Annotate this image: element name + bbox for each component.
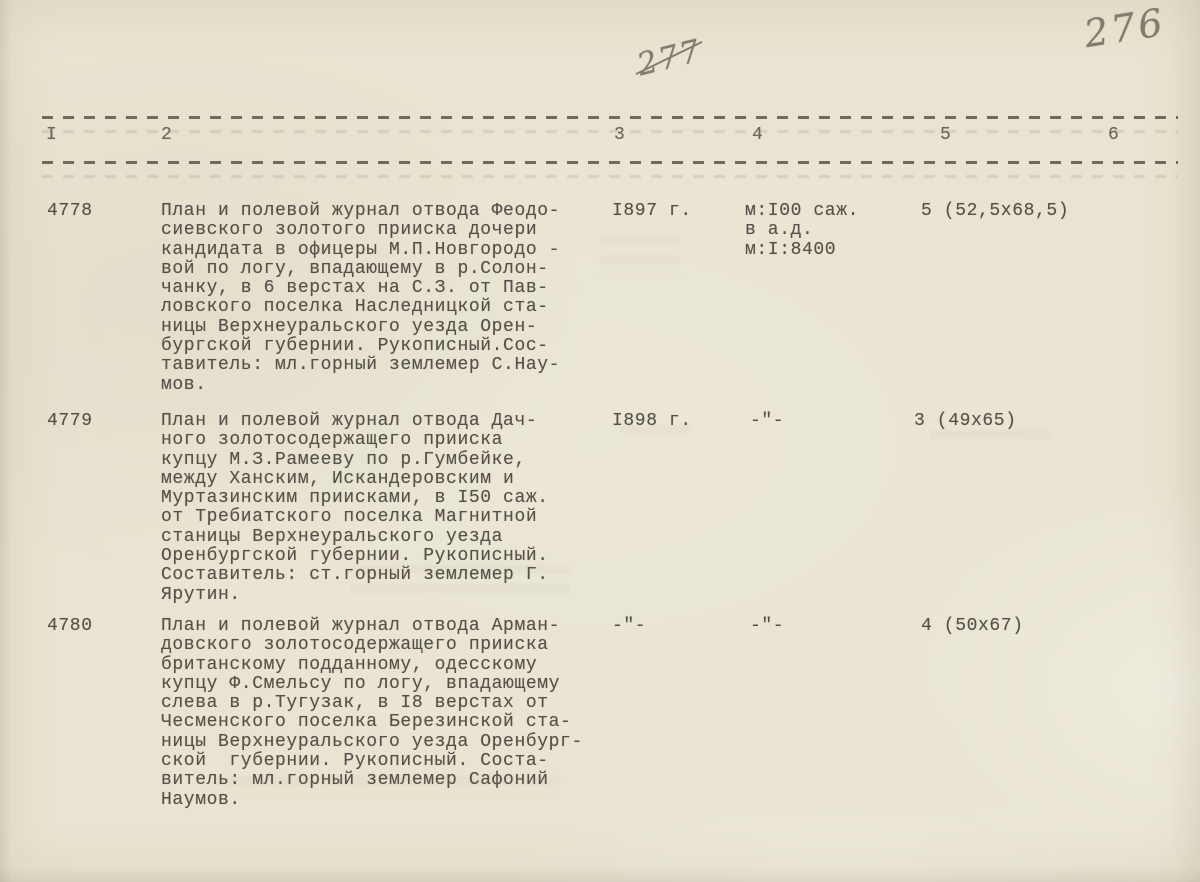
column-header-3: 3 xyxy=(614,126,625,145)
entry-scale: -"- xyxy=(750,617,784,636)
column-header-2: 2 xyxy=(161,126,172,145)
bleed-through-smudge xyxy=(620,425,690,443)
table-header-bottom-rule xyxy=(42,161,1178,164)
column-header-5: 5 xyxy=(940,126,951,145)
entry-number: 4780 xyxy=(47,617,93,636)
entry-year: I897 г. xyxy=(612,202,692,221)
bleed-through-smudge xyxy=(930,430,1050,448)
bleed-through-smudge xyxy=(215,776,560,796)
entry-year: -"- xyxy=(612,617,646,636)
entry-number: 4778 xyxy=(47,202,93,221)
entry-description: План и полевой журнал отвода Феодо- сиев… xyxy=(161,202,560,395)
entry-sheet-size: 4 (50x67) xyxy=(921,617,1024,636)
entry-number: 4779 xyxy=(47,412,93,431)
entry-sheet-size: 5 (52,5x68,5) xyxy=(921,202,1069,221)
column-header-1: I xyxy=(46,126,57,145)
entry-scale: -"- xyxy=(750,412,784,431)
bleed-through-smudge xyxy=(350,565,570,603)
entry-sheet-size: 3 (49x65) xyxy=(914,412,1017,431)
table-top-rule-ghost xyxy=(42,130,1178,133)
handwritten-page-number: 276 xyxy=(1081,0,1168,56)
table-header-bottom-rule-ghost xyxy=(42,175,1178,178)
column-header-4: 4 xyxy=(752,126,763,145)
document-page: 277 276 I 2 3 4 5 6 4778 План и полевой … xyxy=(0,0,1200,882)
bleed-through-smudge xyxy=(600,236,680,276)
table-top-rule xyxy=(42,116,1178,119)
entry-scale: м:I00 саж. в а.д. м:I:8400 xyxy=(745,202,859,260)
column-header-6: 6 xyxy=(1108,126,1119,145)
